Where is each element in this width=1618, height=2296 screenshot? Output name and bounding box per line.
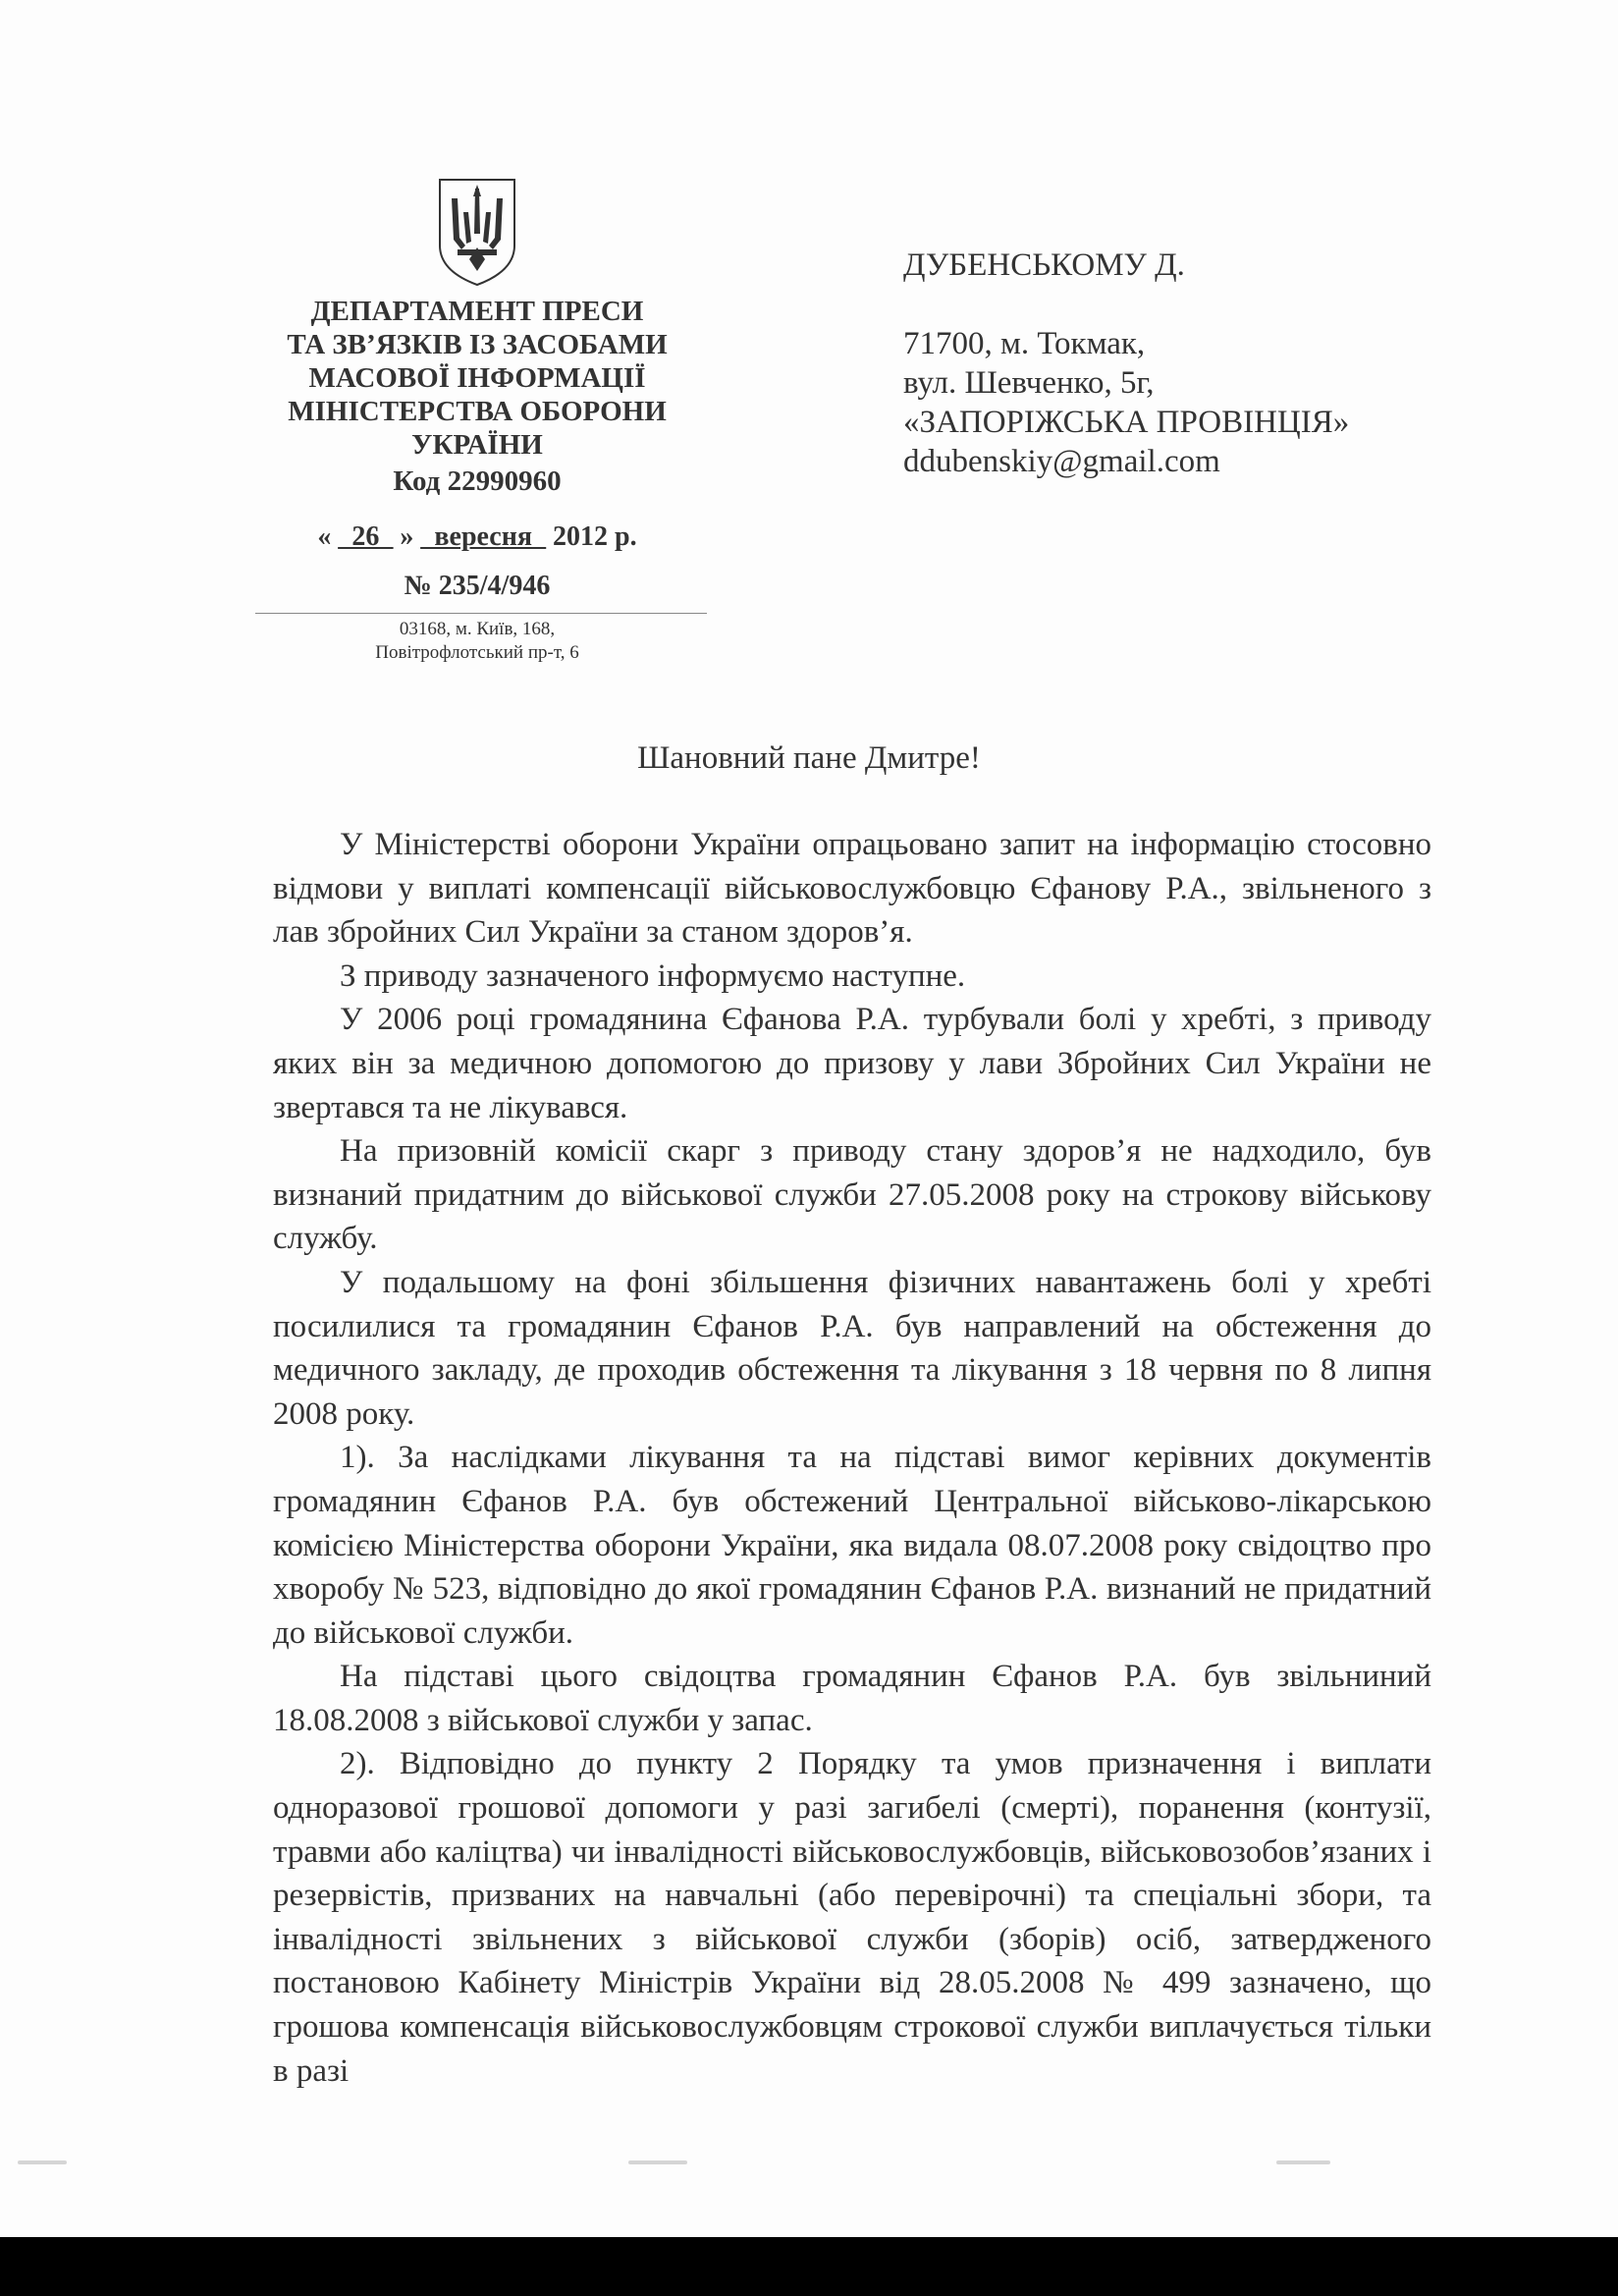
- date-month: _вересня_: [420, 521, 546, 552]
- department-name: ДЕПАРТАМЕНТ ПРЕСИ ТА ЗВ’ЯЗКІВ ІЗ ЗАСОБАМ…: [251, 295, 703, 462]
- organization-code: Код 22990960: [251, 464, 703, 499]
- recipient-email: ddubenskiy@gmail.com: [903, 442, 1349, 481]
- salutation: Шановний пане Дмитре!: [0, 738, 1618, 778]
- department-line: МІНІСТЕРСТВА ОБОРОНИ: [251, 395, 703, 428]
- scan-speck: [1276, 2160, 1330, 2164]
- sender-block: ДЕПАРТАМЕНТ ПРЕСИ ТА ЗВ’ЯЗКІВ ІЗ ЗАСОБАМ…: [251, 177, 703, 665]
- department-line: ДЕПАРТАМЕНТ ПРЕСИ: [251, 295, 703, 328]
- recipient-name: ДУБЕНСЬКОМУ Д.: [903, 246, 1349, 285]
- paragraph: У Міністерстві оборони України опрацьова…: [273, 823, 1431, 955]
- date-year: 2012 р.: [553, 521, 637, 552]
- divider: [255, 613, 707, 614]
- sender-address: 03168, м. Київ, 168, Повітрофлотський пр…: [251, 618, 703, 665]
- paragraph: У подальшому на фоні збільшення фізичних…: [273, 1261, 1431, 1436]
- date-close-quote: »: [400, 521, 413, 552]
- recipient-block: ДУБЕНСЬКОМУ Д. 71700, м. Токмак, вул. Ше…: [903, 246, 1349, 481]
- paragraph: 2). Відповідно до пункту 2 Порядку та ум…: [273, 1742, 1431, 2093]
- scan-speck: [628, 2160, 687, 2164]
- recipient-address-line: вул. Шевченко, 5г,: [903, 363, 1349, 403]
- department-line: МАСОВОЇ ІНФОРМАЦІЇ: [251, 361, 703, 395]
- recipient-organization: «ЗАПОРІЖСЬКА ПРОВІНЦІЯ»: [903, 403, 1349, 442]
- paragraph: З приводу зазначеного інформуємо наступн…: [273, 955, 1431, 999]
- paragraph: 1). За наслідками лікування та на підста…: [273, 1436, 1431, 1655]
- sender-address-line: 03168, м. Київ, 168,: [251, 618, 703, 641]
- letter-date: « _26_ » _вересня_ 2012 р.: [251, 520, 703, 554]
- date-day: _26_: [338, 521, 393, 552]
- letter-body: У Міністерстві оборони України опрацьова…: [273, 823, 1431, 2093]
- trident-coat-of-arms-icon: [436, 177, 518, 287]
- scan-artifacts: [0, 2160, 1618, 2190]
- department-line: ТА ЗВ’ЯЗКІВ ІЗ ЗАСОБАМИ: [251, 328, 703, 361]
- paragraph: На призовній комісії скарг з приводу ста…: [273, 1129, 1431, 1261]
- recipient-address-line: 71700, м. Токмак,: [903, 324, 1349, 363]
- department-line: УКРАЇНИ: [251, 428, 703, 462]
- sender-address-line: Повітрофлотський пр-т, 6: [251, 641, 703, 665]
- scan-speck: [18, 2160, 67, 2164]
- reference-number: № 235/4/946: [251, 570, 703, 603]
- letter-page: ДЕПАРТАМЕНТ ПРЕСИ ТА ЗВ’ЯЗКІВ ІЗ ЗАСОБАМ…: [0, 0, 1618, 2237]
- paragraph: На підставі цього свідоцтва громадянин Є…: [273, 1655, 1431, 1742]
- date-open-quote: «: [317, 521, 331, 552]
- paragraph: У 2006 році громадянина Єфанова Р.А. тур…: [273, 998, 1431, 1129]
